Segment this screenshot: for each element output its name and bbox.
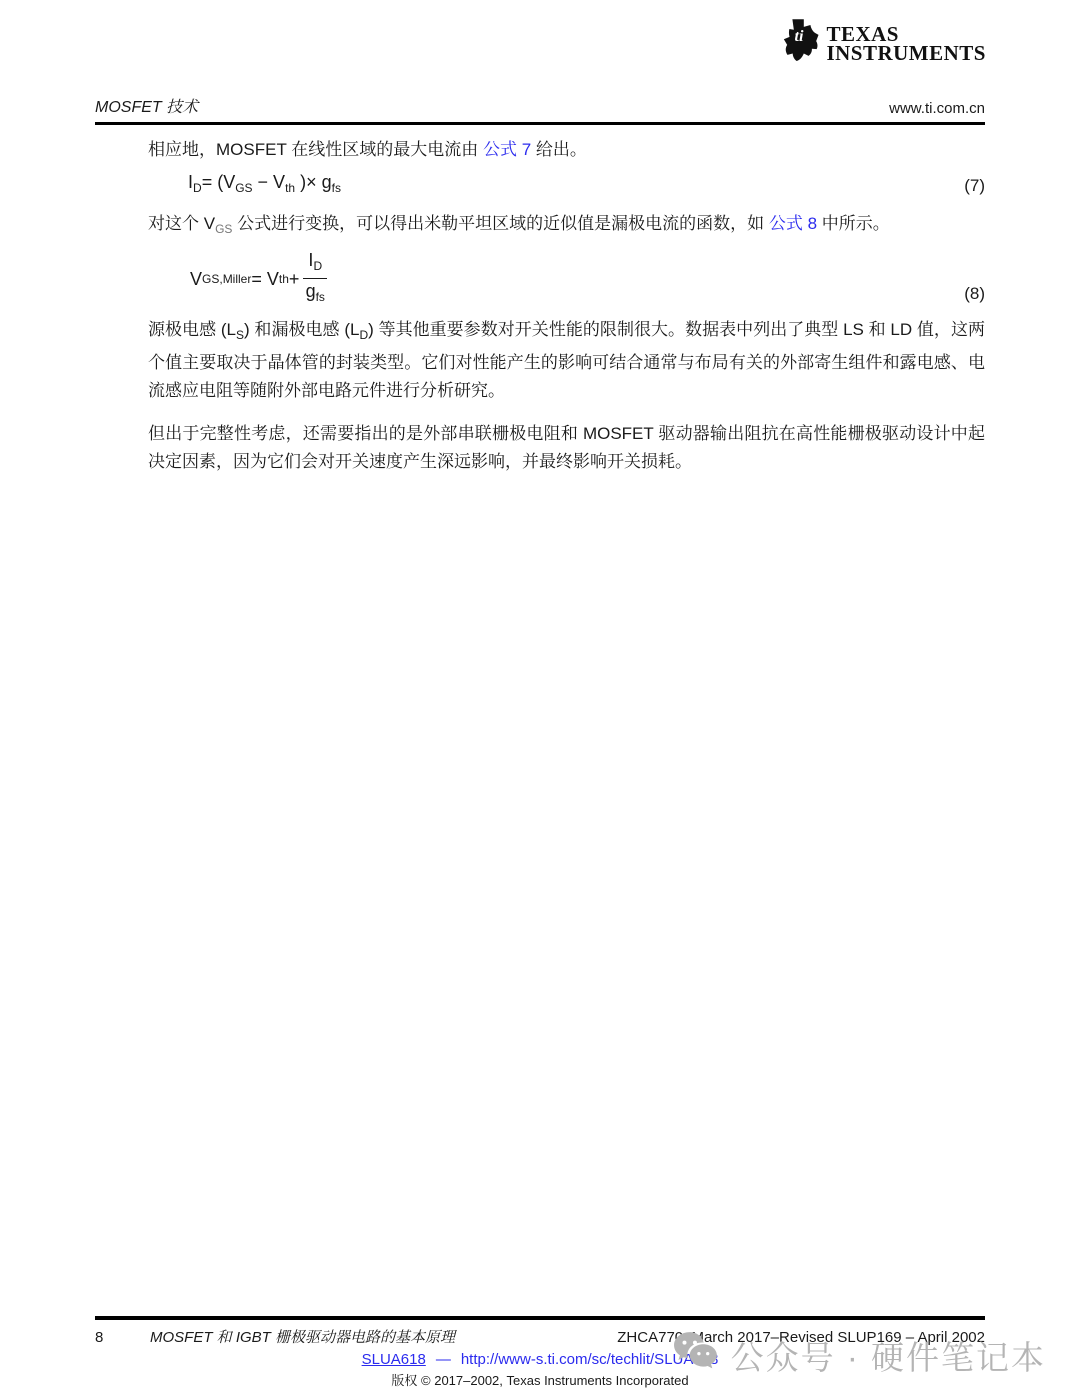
equation-7: ID= (VGS − Vth )× gfs (7): [148, 168, 985, 202]
ti-mark-letters: ti: [795, 28, 804, 45]
paragraph-3-text: 源极电感 (L: [148, 320, 236, 339]
link-separator: —: [436, 1351, 451, 1368]
paragraph-2-text: 公式进行变换，可以得出米勒平坦区域的近似值是漏极电流的函数，如: [232, 214, 768, 233]
header-site-url: www.ti.com.cn: [889, 100, 985, 117]
paragraph-1: 相应地，MOSFET 在线性区域的最大电流由 公式 7 给出。: [148, 136, 985, 164]
page-number: 8: [95, 1329, 150, 1346]
paragraph-3: 源极电感 (LS) 和漏极电感 (LD) 等其他重要参数对开关性能的限制很大。数…: [148, 316, 985, 405]
eq8-fraction-denominator: gfs: [306, 279, 325, 308]
ti-logo: ti TEXAS INSTRUMENTS: [781, 18, 986, 73]
eq7-term: = (V: [202, 172, 236, 192]
eq8-sub: GS,Miller: [202, 265, 251, 293]
ti-texas-mark-icon: ti: [781, 18, 819, 73]
eq7-sub: fs: [332, 181, 341, 195]
paragraph-3-text: ) 和漏极电感 (L: [244, 320, 359, 339]
paragraph-3-sub: S: [236, 328, 244, 342]
eq7-term: )× g: [295, 172, 332, 192]
equation-8: VGS,Miller = Vth + ID gfs (8): [148, 249, 985, 308]
paragraph-2: 对这个 VGS 公式进行变换，可以得出米勒平坦区域的近似值是漏极电流的函数，如 …: [148, 210, 985, 243]
ti-brand-text: TEXAS INSTRUMENTS: [826, 25, 986, 63]
watermark-text: 公众号 · 硬件笔记本: [731, 1332, 1046, 1379]
eq8-fraction-numerator: ID: [303, 249, 327, 279]
eq7-sub: D: [193, 181, 202, 195]
watermark: 公众号 · 硬件笔记本: [673, 1331, 1046, 1379]
ti-brand-line2: INSTRUMENTS: [826, 44, 986, 63]
eq7-sub: GS: [235, 181, 252, 195]
eq8-sub: th: [279, 265, 289, 293]
eq8-term: +: [289, 265, 300, 293]
eq8-fraction: ID gfs: [303, 249, 327, 308]
eq8-term: V: [190, 265, 202, 293]
equation-7-number: (7): [964, 172, 985, 200]
eq8-term: = V: [251, 265, 279, 293]
paragraph-2-text-end: 中所示。: [817, 214, 890, 233]
slua618-link[interactable]: SLUA618: [362, 1351, 426, 1368]
paragraph-4: 但出于完整性考虑，还需要指出的是外部串联栅极电阻和 MOSFET 驱动器输出阻抗…: [148, 420, 985, 476]
eq7-term: − V: [253, 172, 286, 192]
equation-8-number: (8): [964, 280, 985, 308]
paragraph-2-text: 对这个 V: [148, 214, 215, 233]
equation-7-link[interactable]: 公式 7: [483, 140, 531, 159]
paragraph-1-text-end: 给出。: [531, 140, 587, 159]
paragraph-2-sub: GS: [215, 222, 232, 236]
page-header: MOSFET 技术 www.ti.com.cn: [95, 94, 985, 125]
equation-8-link[interactable]: 公式 8: [769, 214, 817, 233]
document-body: 相应地，MOSFET 在线性区域的最大电流由 公式 7 给出。 ID= (VGS…: [148, 136, 985, 476]
footer-document-title: MOSFET 和 IGBT 栅极驱动器电路的基本原理: [150, 1326, 617, 1347]
paragraph-1-text: 相应地，MOSFET 在线性区域的最大电流由: [148, 140, 483, 159]
wechat-icon: [673, 1331, 719, 1379]
eq7-sub: th: [285, 181, 295, 195]
header-section-title: MOSFET 技术: [95, 94, 198, 117]
paragraph-3-sub: D: [359, 328, 368, 342]
